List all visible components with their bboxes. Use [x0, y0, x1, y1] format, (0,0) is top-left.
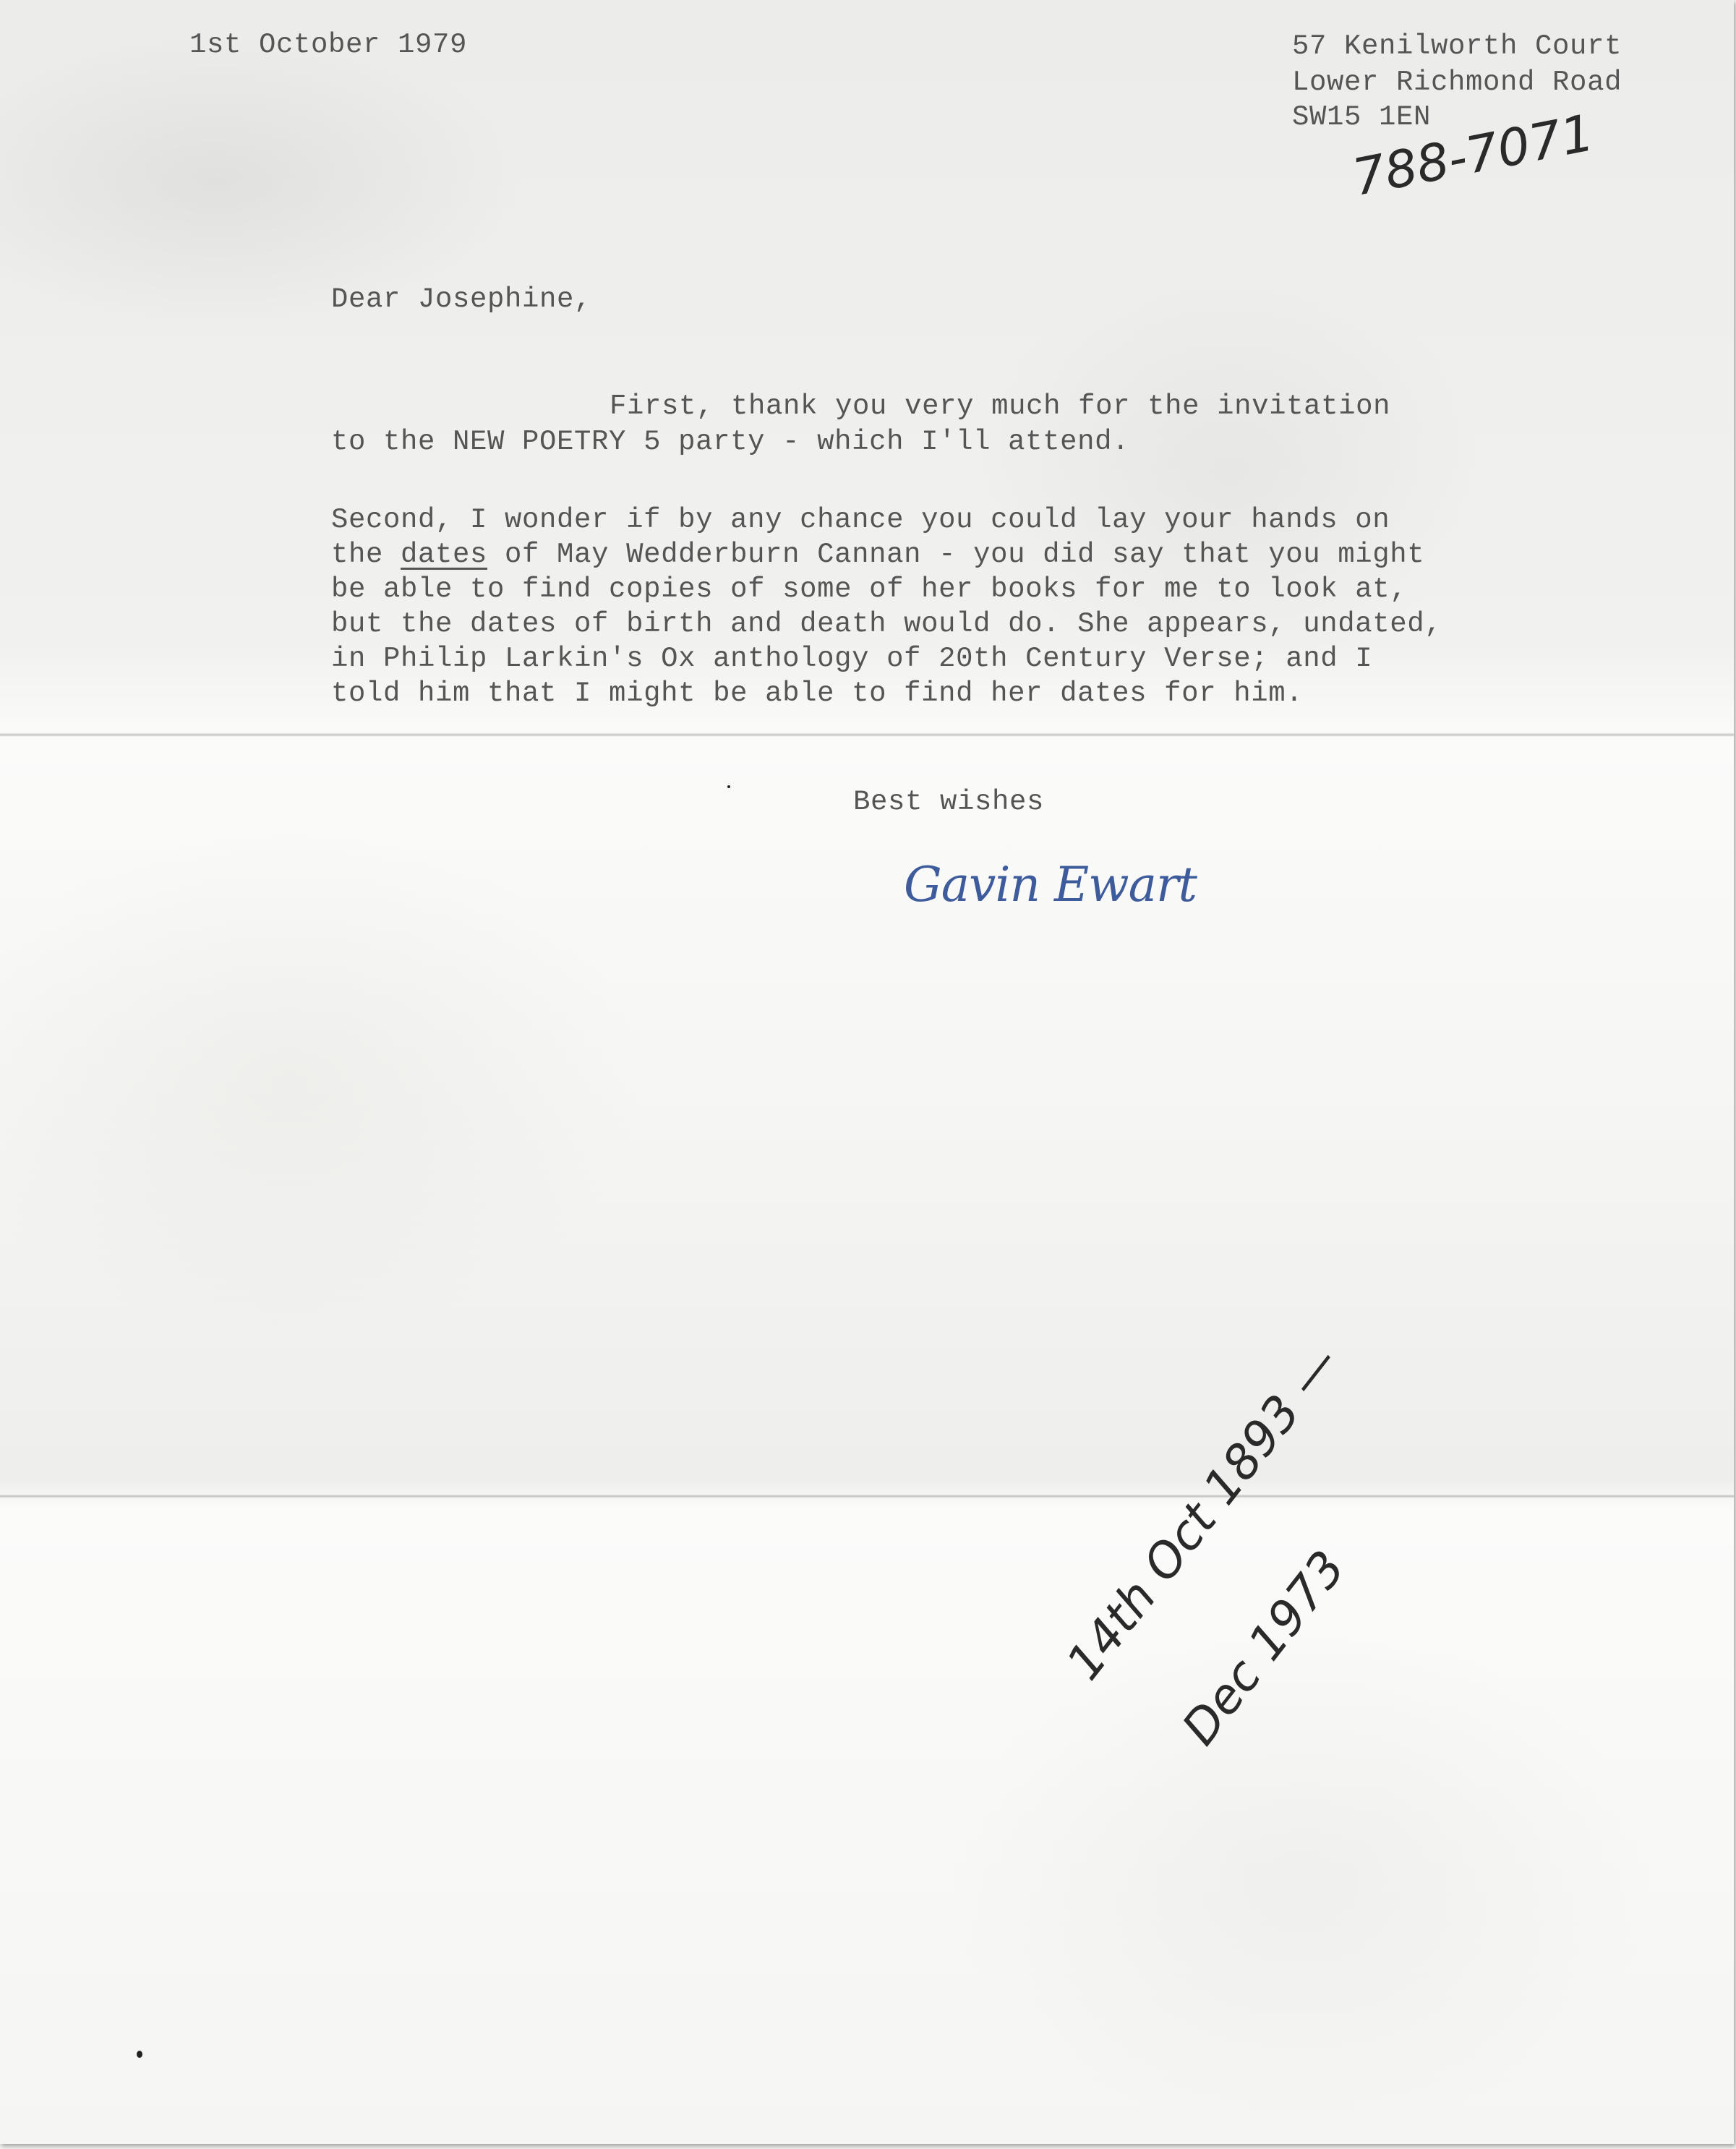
letter-date: 1st October 1979	[189, 27, 467, 62]
text-segment: of May Wedderburn Cannan - you did say t…	[487, 539, 1424, 571]
paragraph-2-line-2: the dates of May Wedderburn Cannan - you…	[331, 537, 1424, 572]
paragraph-2-line-4: but the dates of birth and death would d…	[331, 607, 1442, 641]
address-line-2: Lower Richmond Road	[1292, 65, 1622, 100]
address-line-3: SW15 1EN	[1292, 100, 1431, 134]
ink-speck	[137, 2051, 142, 2058]
ink-speck	[727, 785, 730, 788]
text-segment: the	[331, 539, 401, 571]
paragraph-2-line-1: Second, I wonder if by any chance you co…	[331, 503, 1390, 537]
paragraph-2-line-6: told him that I might be able to find he…	[331, 676, 1303, 711]
paragraph-1-line-2: to the NEW POETRY 5 party - which I'll a…	[331, 424, 1129, 459]
paragraph-2-line-3: be able to find copies of some of her bo…	[331, 572, 1407, 607]
paragraph-2-line-5: in Philip Larkin's Ox anthology of 20th …	[331, 641, 1372, 676]
address-line-1: 57 Kenilworth Court	[1292, 29, 1622, 64]
letter-paper: 1st October 1979 57 Kenilworth Court Low…	[0, 0, 1734, 2144]
fold-line-lower	[0, 1494, 1734, 1498]
paragraph-1-line-1: First, thank you very much for the invit…	[610, 389, 1390, 424]
fold-line-upper	[0, 732, 1734, 737]
underlined-word-dates: dates	[401, 539, 487, 571]
annotation-death-date: Dec 1973	[1171, 1540, 1356, 1755]
closing: Best wishes	[853, 785, 1044, 819]
salutation: Dear Josephine,	[331, 282, 591, 317]
signature: Gavin Ewart	[904, 857, 1197, 913]
